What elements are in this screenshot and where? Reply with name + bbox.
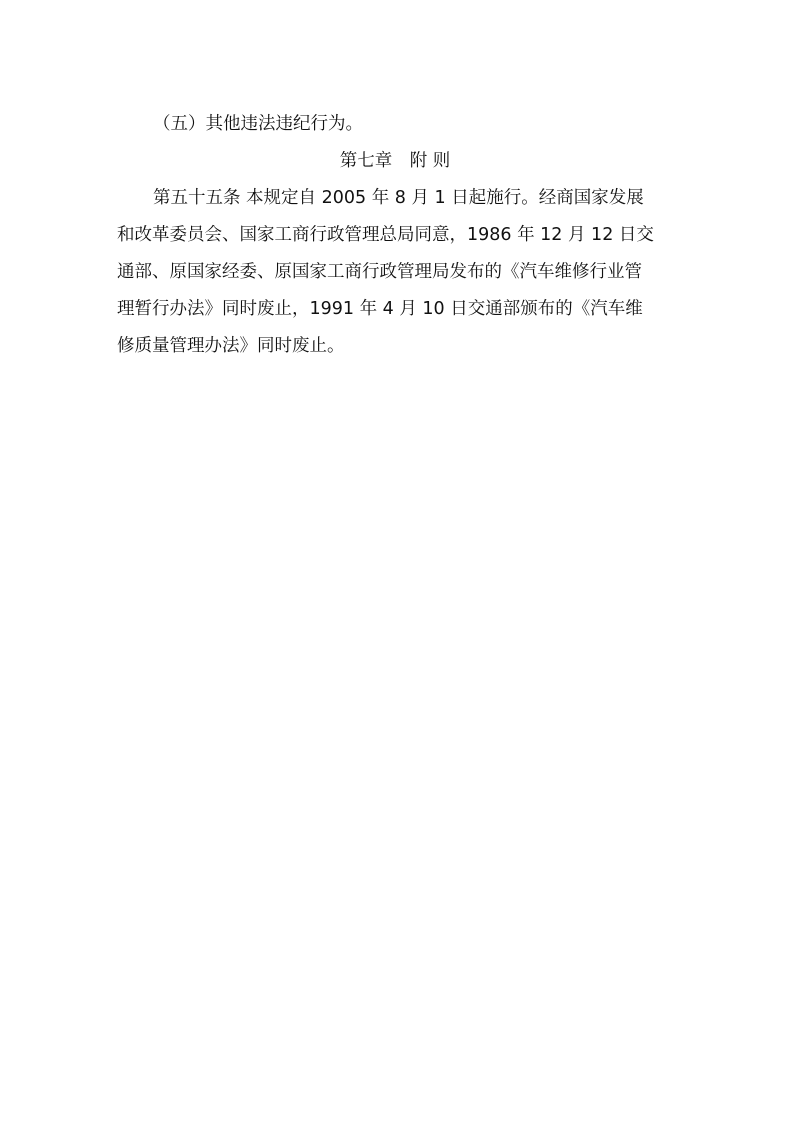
document-page: （五）其他违法违纪行为。 第七章 附 则 第五十五条 本规定自 2005 年 8… xyxy=(117,106,673,365)
article-55-line: 理暂行办法》同时废止，1991 年 4 月 10 日交通部颁布的《汽车维 xyxy=(117,291,673,328)
article-55-line: 和改革委员会、国家工商行政管理总局同意，1986 年 12 月 12 日交 xyxy=(117,217,673,254)
article-55-paragraph: 第五十五条 本规定自 2005 年 8 月 1 日起施行。经商国家发展 和改革委… xyxy=(117,180,673,365)
article-55-line: 通部、原国家经委、原国家工商行政管理局发布的《汽车维修行业管 xyxy=(117,254,673,291)
article-55-line: 第五十五条 本规定自 2005 年 8 月 1 日起施行。经商国家发展 xyxy=(117,180,673,217)
list-item-five: （五）其他违法违纪行为。 xyxy=(117,106,673,143)
chapter-heading: 第七章 附 则 xyxy=(117,143,673,180)
article-55-line: 修质量管理办法》同时废止。 xyxy=(117,328,673,365)
